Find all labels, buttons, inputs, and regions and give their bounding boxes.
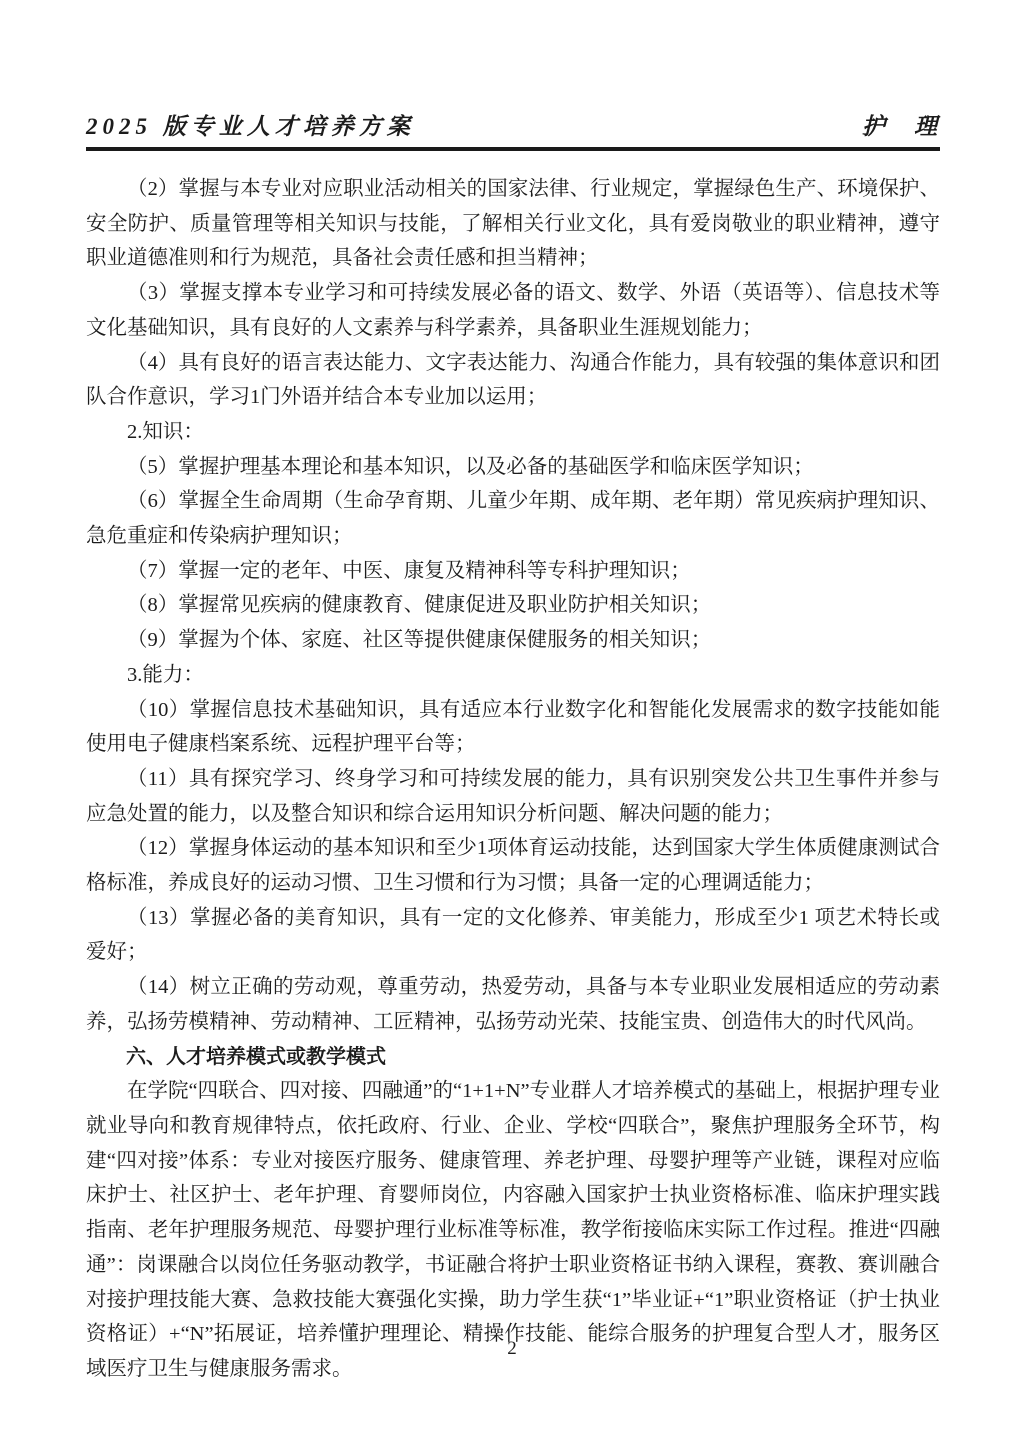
paragraph: （3）掌握支撑本专业学习和可持续发展必备的语文、数学、外语（英语等）、信息技术等… bbox=[86, 276, 940, 345]
paragraph: （12）掌握身体运动的基本知识和至少1项体育运动技能，达到国家大学生体质健康测试… bbox=[86, 831, 940, 900]
paragraph: 3.能力： bbox=[86, 658, 940, 693]
paragraph: （2）掌握与本专业对应职业活动相关的国家法律、行业规定，掌握绿色生产、环境保护、… bbox=[86, 172, 940, 276]
paragraph: （11）具有探究学习、终身学习和可持续发展的能力，具有识别突发公共卫生事件并参与… bbox=[86, 762, 940, 831]
page-number: 2 bbox=[507, 1338, 517, 1359]
header-row: 2025 版专业人才培养方案 护 理 bbox=[86, 112, 940, 142]
paragraph: （5）掌握护理基本理论和基本知识，以及必备的基础医学和临床医学知识； bbox=[86, 450, 940, 485]
paragraph: （8）掌握常见疾病的健康教育、健康促进及职业防护相关知识； bbox=[86, 588, 940, 623]
header-right-title: 护 理 bbox=[862, 112, 940, 142]
paragraph: （14）树立正确的劳动观，尊重劳动，热爱劳动，具备与本专业职业发展相适应的劳动素… bbox=[86, 970, 940, 1039]
document-body: （2）掌握与本专业对应职业活动相关的国家法律、行业规定，掌握绿色生产、环境保护、… bbox=[86, 172, 940, 1387]
page-header: 2025 版专业人才培养方案 护 理 bbox=[86, 112, 940, 151]
paragraph: 2.知识： bbox=[86, 415, 940, 450]
paragraph: （13）掌握必备的美育知识，具有一定的文化修养、审美能力，形成至少1 项艺术特长… bbox=[86, 901, 940, 970]
paragraph: （4）具有良好的语言表达能力、文字表达能力、沟通合作能力，具有较强的集体意识和团… bbox=[86, 346, 940, 415]
paragraph: （9）掌握为个体、家庭、社区等提供健康保健服务的相关知识； bbox=[86, 623, 940, 658]
section-heading: 六、人才培养模式或教学模式 bbox=[86, 1040, 940, 1075]
document-page: 2025 版专业人才培养方案 护 理 （2）掌握与本专业对应职业活动相关的国家法… bbox=[0, 0, 1024, 1448]
paragraph: （7）掌握一定的老年、中医、康复及精神科等专科护理知识； bbox=[86, 554, 940, 589]
header-left-title: 2025 版专业人才培养方案 bbox=[86, 112, 415, 142]
page-footer: 2 bbox=[0, 1336, 1024, 1362]
header-double-rule bbox=[86, 147, 940, 151]
paragraph: （6）掌握全生命周期（生命孕育期、儿童少年期、成年期、老年期）常见疾病护理知识、… bbox=[86, 484, 940, 553]
paragraph: （10）掌握信息技术基础知识，具有适应本行业数字化和智能化发展需求的数字技能如能… bbox=[86, 693, 940, 762]
